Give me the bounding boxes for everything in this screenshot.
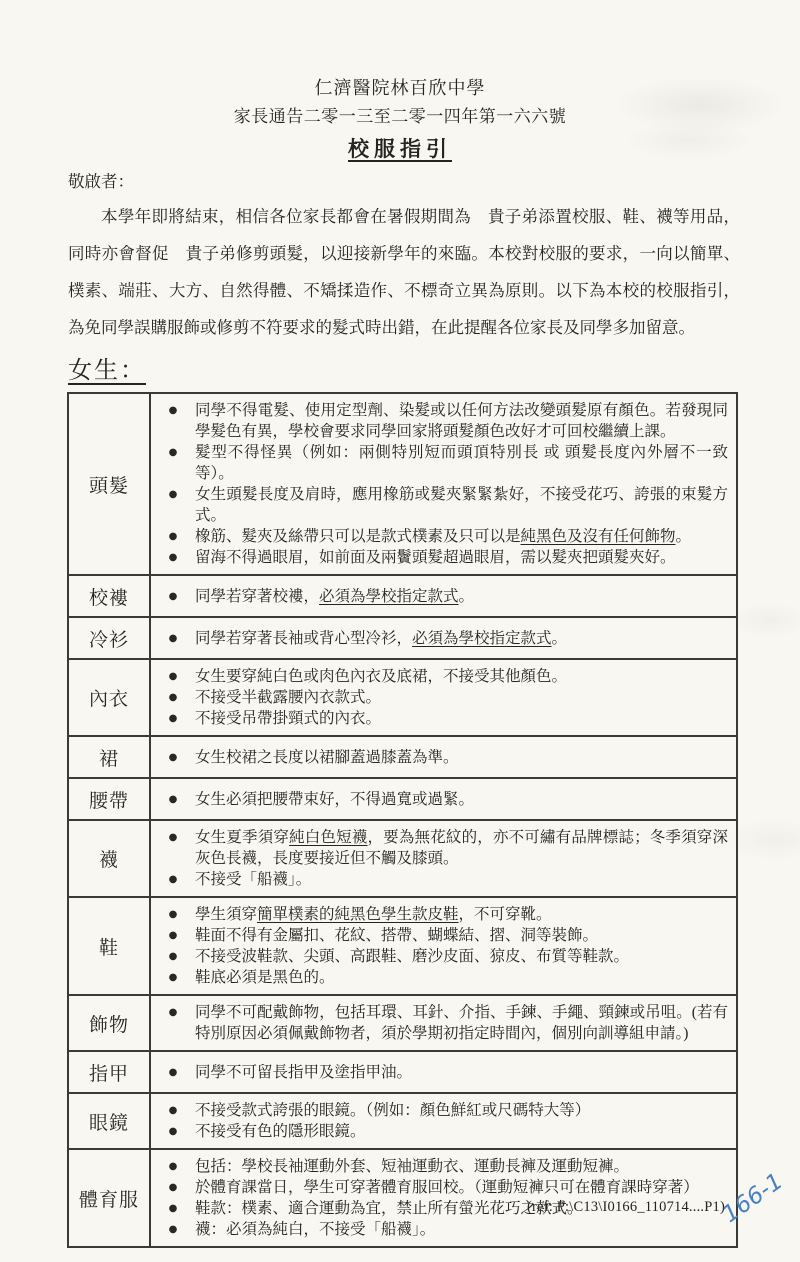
rule-item: ●同學不可配戴飾物，包括耳環、耳針、介指、手鍊、手繩、頸鍊或吊咀。(若有特別原因… [151, 1002, 736, 1044]
rule-text: 不接受「船襪」。 [195, 869, 736, 890]
rule-cell: ●同學不得電髮、使用定型劑、染髮或以任何方法改變頭髮原有顏色。若發現同學髮色有異… [150, 393, 737, 575]
bullet-icon: ● [151, 1156, 195, 1177]
bullet-icon: ● [151, 789, 195, 810]
rule-cell: ●包括：學校長袖運動外套、短袖運動衣、運動長褲及運動短褲。●於體育課當日，學生可… [150, 1149, 737, 1247]
bullet-icon: ● [151, 586, 195, 607]
uniform-rule-row: 冷衫●同學若穿著長袖或背心型冷衫，必須為學校指定款式。 [68, 617, 737, 659]
section-heading-girls: 女生： [68, 356, 146, 386]
bullet-icon: ● [151, 628, 195, 649]
uniform-rules-table: 頭髮●同學不得電髮、使用定型劑、染髮或以任何方法改變頭髮原有顏色。若發現同學髮色… [67, 392, 738, 1248]
rule-text: 不接受半截露腰內衣款式。 [195, 687, 736, 708]
bullet-icon: ● [151, 1198, 195, 1219]
uniform-rule-row: 飾物●同學不可配戴飾物，包括耳環、耳針、介指、手鍊、手繩、頸鍊或吊咀。(若有特別… [68, 995, 737, 1051]
rule-item: ●女生頭髮長度及肩時，應用橡筋或髮夾緊緊紮好，不接受花巧、誇張的束髮方式。 [151, 484, 736, 526]
rule-item: ●鞋底必須是黑色的。 [151, 967, 736, 988]
category-label: 內衣 [68, 659, 150, 736]
rule-text: 女生要穿純白色或肉色內衣及底裙，不接受其他顏色。 [195, 666, 736, 687]
uniform-rule-row: 校褸●同學若穿著校褸，必須為學校指定款式。 [68, 575, 737, 617]
rule-cell: ●女生夏季須穿純白色短襪，要為無花紋的，亦不可繡有品牌標誌；冬季須穿深灰色長襪，… [150, 820, 737, 897]
uniform-rule-row: 襪●女生夏季須穿純白色短襪，要為無花紋的，亦不可繡有品牌標誌；冬季須穿深灰色長襪… [68, 820, 737, 897]
bullet-icon: ● [151, 904, 195, 925]
notice-number-line: 家長通告二零一三至二零一四年第一六六號 [0, 105, 800, 129]
category-label: 裙 [68, 736, 150, 778]
rule-item: ●女生必須把腰帶束好，不得過寬或過緊。 [151, 789, 736, 810]
rule-text: 鞋面不得有金屬扣、花紋、搭帶、蝴蝶結、摺、洞等裝飾。 [195, 925, 736, 946]
rule-item: ●同學若穿著長袖或背心型冷衫，必須為學校指定款式。 [151, 628, 736, 649]
rule-text: 學生須穿簡單樸素的純黑色學生款皮鞋，不可穿靴。 [195, 904, 736, 925]
rule-text: 女生頭髮長度及肩時，應用橡筋或髮夾緊緊紮好，不接受花巧、誇張的束髮方式。 [195, 484, 736, 526]
category-label: 指甲 [68, 1051, 150, 1093]
intro-paragraph: 本學年即將結束，相信各位家長都會在暑假期間為 貴子弟添置校服、鞋、襪等用品，同時… [68, 198, 740, 346]
rule-item: ●不接受有色的隱形眼鏡。 [151, 1121, 736, 1142]
rule-item: ●女生夏季須穿純白色短襪，要為無花紋的，亦不可繡有品牌標誌；冬季須穿深灰色長襪，… [151, 827, 736, 869]
bullet-icon: ● [151, 1062, 195, 1083]
school-name: 仁濟醫院林百欣中學 [0, 76, 800, 100]
uniform-rule-row: 腰帶●女生必須把腰帶束好，不得過寬或過緊。 [68, 778, 737, 820]
bullet-icon: ● [151, 666, 195, 687]
category-label: 眼鏡 [68, 1093, 150, 1149]
rule-cell: ●女生要穿純白色或肉色內衣及底裙，不接受其他顏色。●不接受半截露腰內衣款式。●不… [150, 659, 737, 736]
rule-text: 不接受波鞋款、尖頭、高跟鞋、磨沙皮面、猄皮、布質等鞋款。 [195, 946, 736, 967]
rule-text: 於體育課當日，學生可穿著體育服回校。（運動短褲只可在體育課時穿著） [195, 1177, 736, 1198]
rule-item: ●不接受吊帶掛頸式的內衣。 [151, 708, 736, 729]
rule-item: ●不接受「船襪」。 [151, 869, 736, 890]
rule-item: ●同學不得電髮、使用定型劑、染髮或以任何方法改變頭髮原有顏色。若發現同學髮色有異… [151, 400, 736, 442]
category-label: 冷衫 [68, 617, 150, 659]
bullet-icon: ● [151, 1002, 195, 1023]
category-label: 鞋 [68, 897, 150, 995]
bullet-icon: ● [151, 869, 195, 890]
category-label: 飾物 [68, 995, 150, 1051]
uniform-rule-row: 體育服●包括：學校長袖運動外套、短袖運動衣、運動長褲及運動短褲。●於體育課當日，… [68, 1149, 737, 1247]
bullet-icon: ● [151, 747, 195, 768]
rule-item: ●學生須穿簡單樸素的純黑色學生款皮鞋，不可穿靴。 [151, 904, 736, 925]
rule-cell: ●女生校裙之長度以裙腳蓋過膝蓋為準。 [150, 736, 737, 778]
bullet-icon: ● [151, 827, 195, 848]
rule-item: ●鞋面不得有金屬扣、花紋、搭帶、蝴蝶結、摺、洞等裝飾。 [151, 925, 736, 946]
bullet-icon: ● [151, 708, 195, 729]
category-label: 校褸 [68, 575, 150, 617]
rule-text: 橡筋、髮夾及絲帶只可以是款式樸素及只可以是純黑色及沒有任何飾物。 [195, 526, 736, 547]
rule-cell: ●同學若穿著校褸，必須為學校指定款式。 [150, 575, 737, 617]
category-label: 頭髮 [68, 393, 150, 575]
category-label: 襪 [68, 820, 150, 897]
rule-cell: ●同學不可配戴飾物，包括耳環、耳針、介指、手鍊、手繩、頸鍊或吊咀。(若有特別原因… [150, 995, 737, 1051]
bullet-icon: ● [151, 400, 195, 421]
rule-item: ●女生要穿純白色或肉色內衣及底裙，不接受其他顏色。 [151, 666, 736, 687]
rule-text: 同學不可留長指甲及塗指甲油。 [195, 1062, 736, 1083]
rule-text: 不接受款式誇張的眼鏡。（例如：顏色鮮紅或尺碼特大等） [195, 1100, 736, 1121]
rule-item: ●女生校裙之長度以裙腳蓋過膝蓋為準。 [151, 747, 736, 768]
rule-item: ●留海不得過眼眉，如前面及兩鬢頭髮超過眼眉，需以髮夾把頭髮夾好。 [151, 547, 736, 568]
uniform-rule-row: 眼鏡●不接受款式誇張的眼鏡。（例如：顏色鮮紅或尺碼特大等）●不接受有色的隱形眼鏡… [68, 1093, 737, 1149]
bullet-icon: ● [151, 967, 195, 988]
rule-text: 同學若穿著校褸，必須為學校指定款式。 [195, 586, 736, 607]
rule-cell: ●女生必須把腰帶束好，不得過寬或過緊。 [150, 778, 737, 820]
category-label: 體育服 [68, 1149, 150, 1247]
rule-item: ●不接受波鞋款、尖頭、高跟鞋、磨沙皮面、猄皮、布質等鞋款。 [151, 946, 736, 967]
bullet-icon: ● [151, 687, 195, 708]
rule-item: ●同學不可留長指甲及塗指甲油。 [151, 1062, 736, 1083]
salutation: 敬啟者： [68, 170, 800, 194]
rule-text: 女生夏季須穿純白色短襪，要為無花紋的，亦不可繡有品牌標誌；冬季須穿深灰色長襪，長… [195, 827, 736, 869]
rule-text: 髮型不得怪異（例如：兩側特別短而頭頂特別長 或 頭髮長度內外層不一致等）。 [195, 442, 736, 484]
scanned-document-page: 仁濟醫院林百欣中學 家長通告二零一三至二零一四年第一六六號 校服指引 敬啟者： … [0, 0, 800, 1262]
bullet-icon: ● [151, 1177, 195, 1198]
bullet-icon: ● [151, 442, 195, 463]
bullet-icon: ● [151, 1100, 195, 1121]
rule-text: 同學不可配戴飾物，包括耳環、耳針、介指、手鍊、手繩、頸鍊或吊咀。(若有特別原因必… [195, 1002, 736, 1044]
document-title: 校服指引 [348, 136, 452, 162]
rule-cell: ●同學不可留長指甲及塗指甲油。 [150, 1051, 737, 1093]
rule-item: ●同學若穿著校褸，必須為學校指定款式。 [151, 586, 736, 607]
rule-item: ●於體育課當日，學生可穿著體育服回校。（運動短褲只可在體育課時穿著） [151, 1177, 736, 1198]
bullet-icon: ● [151, 547, 195, 568]
rule-text: 鞋底必須是黑色的。 [195, 967, 736, 988]
bullet-icon: ● [151, 925, 195, 946]
bullet-icon: ● [151, 1121, 195, 1142]
uniform-rule-row: 內衣●女生要穿純白色或肉色內衣及底裙，不接受其他顏色。●不接受半截露腰內衣款式。… [68, 659, 737, 736]
rule-item: ●不接受半截露腰內衣款式。 [151, 687, 736, 708]
rule-text: 留海不得過眼眉，如前面及兩鬢頭髮超過眼眉，需以髮夾把頭髮夾好。 [195, 547, 736, 568]
rule-text: 不接受有色的隱形眼鏡。 [195, 1121, 736, 1142]
rule-item: ●包括：學校長袖運動外套、短袖運動衣、運動長褲及運動短褲。 [151, 1156, 736, 1177]
bullet-icon: ● [151, 1219, 195, 1240]
rule-item: ●橡筋、髮夾及絲帶只可以是款式樸素及只可以是純黑色及沒有任何飾物。 [151, 526, 736, 547]
uniform-rule-row: 指甲●同學不可留長指甲及塗指甲油。 [68, 1051, 737, 1093]
category-label: 腰帶 [68, 778, 150, 820]
rule-text: 女生校裙之長度以裙腳蓋過膝蓋為準。 [195, 747, 736, 768]
rule-text: 不接受吊帶掛頸式的內衣。 [195, 708, 736, 729]
rule-cell: ●不接受款式誇張的眼鏡。（例如：顏色鮮紅或尺碼特大等）●不接受有色的隱形眼鏡。 [150, 1093, 737, 1149]
rule-text: 襪：必須為純白，不接受「船襪」。 [195, 1219, 736, 1240]
rule-item: ●髮型不得怪異（例如：兩側特別短而頭頂特別長 或 頭髮長度內外層不一致等）。 [151, 442, 736, 484]
footer-reference: (ref: P:\C13\I0166_110714....P1) [527, 1199, 725, 1216]
uniform-rule-row: 裙●女生校裙之長度以裙腳蓋過膝蓋為準。 [68, 736, 737, 778]
document-header: 仁濟醫院林百欣中學 家長通告二零一三至二零一四年第一六六號 校服指引 [0, 0, 800, 162]
rule-cell: ●學生須穿簡單樸素的純黑色學生款皮鞋，不可穿靴。●鞋面不得有金屬扣、花紋、搭帶、… [150, 897, 737, 995]
uniform-rule-row: 頭髮●同學不得電髮、使用定型劑、染髮或以任何方法改變頭髮原有顏色。若發現同學髮色… [68, 393, 737, 575]
rule-text: 同學若穿著長袖或背心型冷衫，必須為學校指定款式。 [195, 628, 736, 649]
rule-item: ●不接受款式誇張的眼鏡。（例如：顏色鮮紅或尺碼特大等） [151, 1100, 736, 1121]
rule-text: 包括：學校長袖運動外套、短袖運動衣、運動長褲及運動短褲。 [195, 1156, 736, 1177]
bullet-icon: ● [151, 526, 195, 547]
rule-text: 女生必須把腰帶束好，不得過寬或過緊。 [195, 789, 736, 810]
bullet-icon: ● [151, 484, 195, 505]
rule-item: ●襪：必須為純白，不接受「船襪」。 [151, 1219, 736, 1240]
bullet-icon: ● [151, 946, 195, 967]
uniform-rule-row: 鞋●學生須穿簡單樸素的純黑色學生款皮鞋，不可穿靴。●鞋面不得有金屬扣、花紋、搭帶… [68, 897, 737, 995]
rule-text: 同學不得電髮、使用定型劑、染髮或以任何方法改變頭髮原有顏色。若發現同學髮色有異，… [195, 400, 736, 442]
rule-cell: ●同學若穿著長袖或背心型冷衫，必須為學校指定款式。 [150, 617, 737, 659]
